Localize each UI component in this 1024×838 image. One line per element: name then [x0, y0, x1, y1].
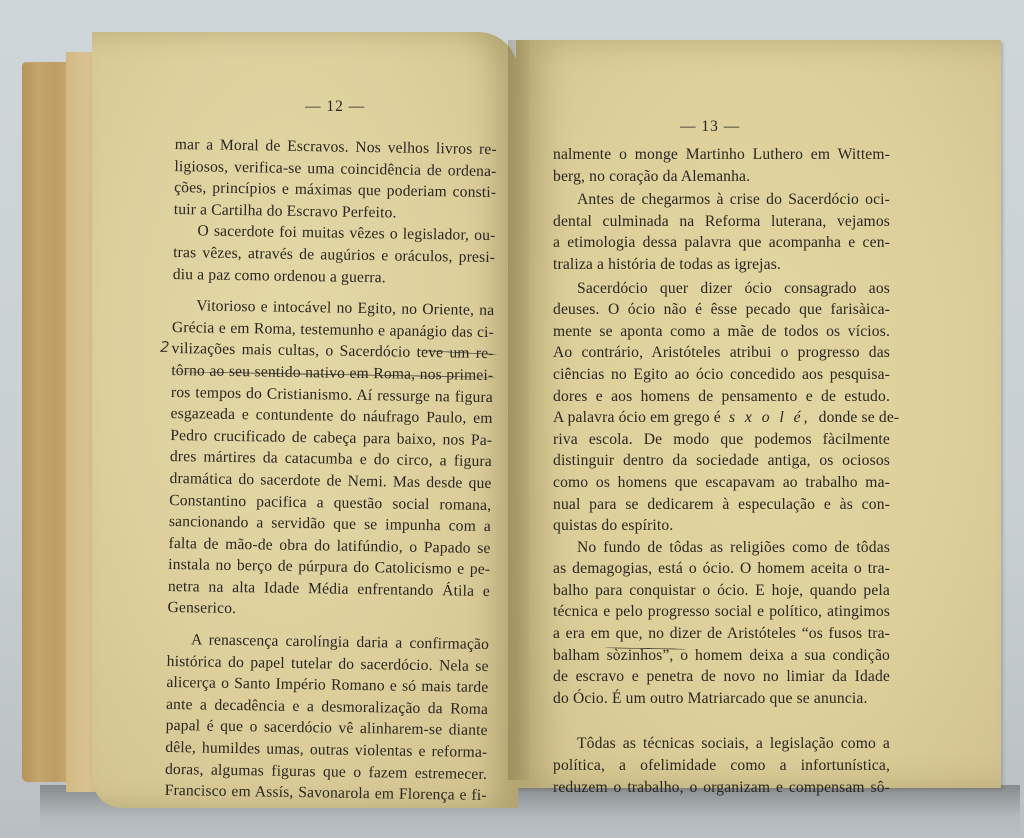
text-line: traliza a história de todas as igrejas.	[553, 254, 890, 276]
text-line: nual para se dedicarem à especulação e à…	[553, 494, 890, 516]
text-line: Sacerdócio quer dizer ócio consagrado ao…	[553, 278, 890, 300]
text-line: nalmente o monge Martinho Luthero em Wit…	[553, 144, 890, 166]
text-fragment: A palavra ócio em grego é	[553, 409, 721, 426]
text-line: balham sòzinhos”, o homem deixa a sua co…	[553, 645, 890, 667]
text-line: mente se aponta como a mãe de todos os v…	[553, 321, 890, 343]
text-line: quistas do espírito.	[553, 515, 890, 537]
text-line: reduzem o trabalho, o organizam e compen…	[553, 777, 890, 799]
greek-word: s x o l é,	[729, 409, 811, 426]
page-number-right: — 13 —	[680, 118, 740, 136]
text-line: a etimologia dessa palavra que acompanha…	[553, 232, 890, 254]
right-page-text: nalmente o monge Martinho Luthero em Wit…	[553, 144, 890, 798]
text-line: ciências no Egito ao ócio concedido aos …	[553, 364, 890, 386]
text-line: política, a ofelimidade como a infortuní…	[553, 755, 890, 777]
text-line: No fundo de tôdas as religiões como de t…	[553, 537, 890, 559]
text-line: de escravo e penetra de novo no limiar d…	[553, 666, 890, 688]
text-line: riva escola. De modo que podemos fàcilme…	[553, 429, 890, 451]
text-line: Tôdas as técnicas sociais, a legislação …	[553, 733, 890, 755]
book-cover-edge	[22, 62, 70, 782]
text-line: Antes de chegarmos à crise do Sacerdócio…	[553, 189, 890, 211]
page-number-left: — 12 —	[305, 98, 365, 116]
text-line: técnica e pelo progresso social e políti…	[553, 601, 890, 623]
text-line: deuses. O ócio não é êsse pecado que far…	[553, 299, 890, 321]
text-line: as demagogias, está o ócio. O homem acei…	[553, 558, 890, 580]
text-line: como os homens que escapavam ao trabalho…	[553, 472, 890, 494]
text-line: distinguir dentro da sociedade antiga, o…	[553, 450, 890, 472]
text-line: balho para conquistar o ócio. E hoje, qu…	[553, 580, 890, 602]
text-line: A palavra ócio em grego é s x o l é, don…	[553, 407, 890, 429]
text-fragment: donde se de-	[819, 409, 900, 426]
text-line: do Ócio. É um outro Matriarcado que se a…	[553, 688, 890, 710]
text-line: dental culminada na Reforma luterana, ve…	[553, 211, 890, 233]
left-page-text: mar a Moral de Escravos. Nos velhos livr…	[165, 134, 497, 807]
text-line: berg, no coração da Alemanha.	[553, 166, 890, 188]
text-line: Ao contrário, Aristóteles atribui o prog…	[553, 342, 890, 364]
handwritten-margin-mark: 2	[160, 338, 170, 356]
book-gutter	[508, 40, 530, 780]
text-line: dores e aos homens de pensamento e de es…	[553, 386, 890, 408]
text-line: a era em que, no dizer de Aristóteles “o…	[553, 623, 890, 645]
